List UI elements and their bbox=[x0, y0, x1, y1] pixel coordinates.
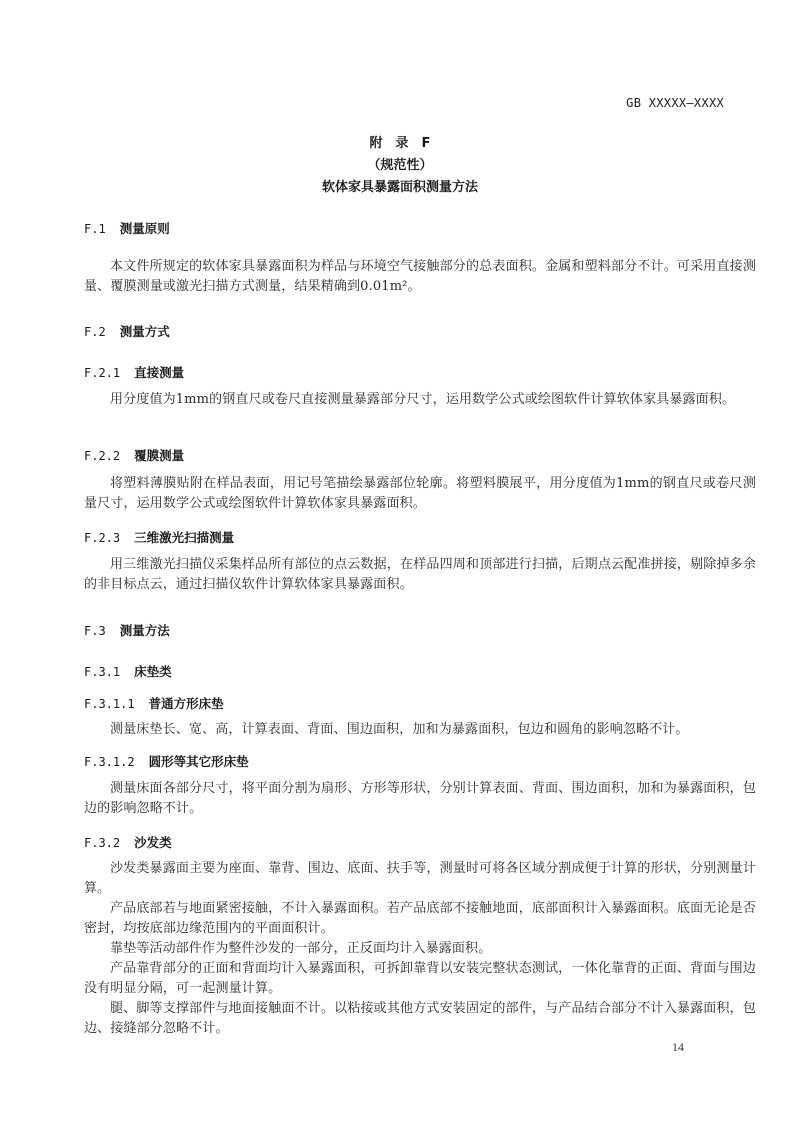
section-title: 普通方形床垫 bbox=[149, 696, 224, 711]
section-number: F.2.1 bbox=[84, 366, 120, 380]
section-heading-f2: F.2测量方式 bbox=[84, 322, 170, 340]
section-number: F.3.1.1 bbox=[84, 697, 135, 711]
section-title: 测量方式 bbox=[120, 324, 170, 339]
section-title: 覆膜测量 bbox=[134, 448, 184, 463]
section-paragraph-f3-1-1: 测量床垫长、宽、高，计算表面、背面、围边面积，加和为暴露面积，包边和圆角的影响忽… bbox=[84, 720, 756, 740]
section-title: 测量方法 bbox=[120, 623, 170, 638]
section-paragraph-f2-1: 用分度值为1mm的钢直尺或卷尺直接测量暴露部分尺寸，运用数学公式或绘图软件计算软… bbox=[84, 390, 756, 410]
section-paragraph-f1: 本文件所规定的软体家具暴露面积为样品与环境空气接触部分的总表面积。金属和塑料部分… bbox=[84, 257, 756, 297]
section-number: F.3.1 bbox=[84, 665, 120, 679]
section-title: 床垫类 bbox=[134, 664, 172, 679]
appendix-title: 软体家具暴露面积测量方法 bbox=[0, 176, 800, 195]
page-number: 14 bbox=[672, 1040, 684, 1055]
section-number: F.1 bbox=[84, 222, 106, 236]
section-heading-f2-1: F.2.1直接测量 bbox=[84, 363, 184, 381]
section-number: F.2.2 bbox=[84, 449, 120, 463]
appendix-type: （规范性） bbox=[0, 154, 800, 173]
section-heading-f3: F.3测量方法 bbox=[84, 621, 170, 639]
section-heading-f2-2: F.2.2覆膜测量 bbox=[84, 446, 184, 464]
section-number: F.3.1.2 bbox=[84, 755, 135, 769]
section-paragraph-f3-2-5: 腿、脚等支撑部件与地面接触面不计。以粘接或其他方式安装固定的部件，与产品结合部分… bbox=[84, 999, 756, 1039]
section-paragraph-f3-2-3: 靠垫等活动部件作为整件沙发的一部分，正反面均计入暴露面积。 bbox=[84, 939, 756, 959]
section-number: F.2 bbox=[84, 325, 106, 339]
section-heading-f3-1-2: F.3.1.2圆形等其它形床垫 bbox=[84, 752, 249, 770]
section-heading-f3-2: F.3.2沙发类 bbox=[84, 833, 172, 851]
standard-number: GB XXXXX—XXXX bbox=[626, 96, 724, 110]
section-title: 沙发类 bbox=[134, 835, 172, 850]
section-paragraph-f3-2-1: 沙发类暴露面主要为座面、靠背、围边、底面、扶手等，测量时可将各区域分割成便于计算… bbox=[84, 859, 756, 899]
section-title: 圆形等其它形床垫 bbox=[149, 754, 249, 769]
section-heading-f3-1: F.3.1床垫类 bbox=[84, 662, 172, 680]
section-number: F.3.2 bbox=[84, 836, 120, 850]
section-paragraph-f2-2: 将塑料薄膜贴附在样品表面，用记号笔描绘暴露部位轮廓。将塑料膜展平，用分度值为1m… bbox=[84, 474, 756, 514]
section-title: 直接测量 bbox=[134, 365, 184, 380]
section-paragraph-f3-2-4: 产品靠背部分的正面和背面均计入暴露面积，可拆卸靠背以安装完整状态测试，一体化靠背… bbox=[84, 959, 756, 999]
section-paragraph-f2-3: 用三维激光扫描仪采集样品所有部位的点云数据，在样品四周和顶部进行扫描，后期点云配… bbox=[84, 555, 756, 595]
section-number: F.2.3 bbox=[84, 531, 120, 545]
appendix-label: 附 录 F bbox=[0, 132, 800, 151]
section-paragraph-f3-2-2: 产品底部若与地面紧密接触，不计入暴露面积。若产品底部不接触地面，底部面积计入暴露… bbox=[84, 899, 756, 939]
section-number: F.3 bbox=[84, 624, 106, 638]
section-title: 三维激光扫描测量 bbox=[134, 530, 234, 545]
section-title: 测量原则 bbox=[120, 221, 170, 236]
section-heading-f1: F.1测量原则 bbox=[84, 219, 170, 237]
section-paragraph-f3-1-2: 测量床面各部分尺寸，将平面分割为扇形、方形等形状，分别计算表面、背面、围边面积，… bbox=[84, 779, 756, 819]
section-heading-f3-1-1: F.3.1.1普通方形床垫 bbox=[84, 694, 224, 712]
section-heading-f2-3: F.2.3三维激光扫描测量 bbox=[84, 528, 234, 546]
